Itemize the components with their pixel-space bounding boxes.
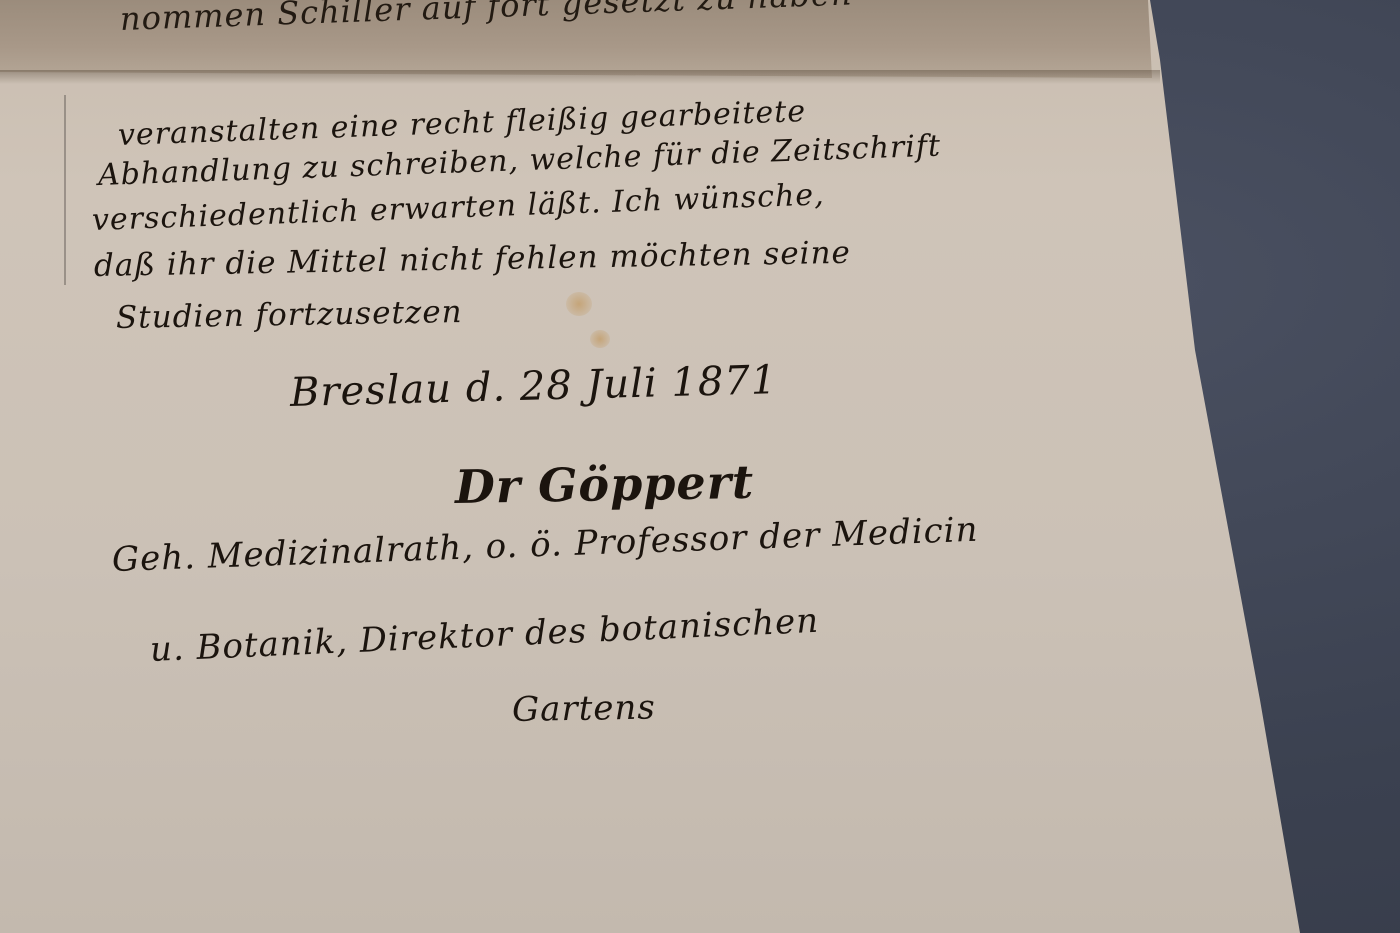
- signature: Dr Göppert: [455, 455, 755, 514]
- foxing-stain: [590, 330, 610, 348]
- foxing-stain: [566, 292, 592, 316]
- pencil-margin-line: [64, 95, 66, 285]
- letter-body-line: Studien fortzusetzen: [116, 294, 463, 336]
- signatory-title-line: Gartens: [512, 687, 657, 730]
- fold-shadow: [0, 70, 1160, 84]
